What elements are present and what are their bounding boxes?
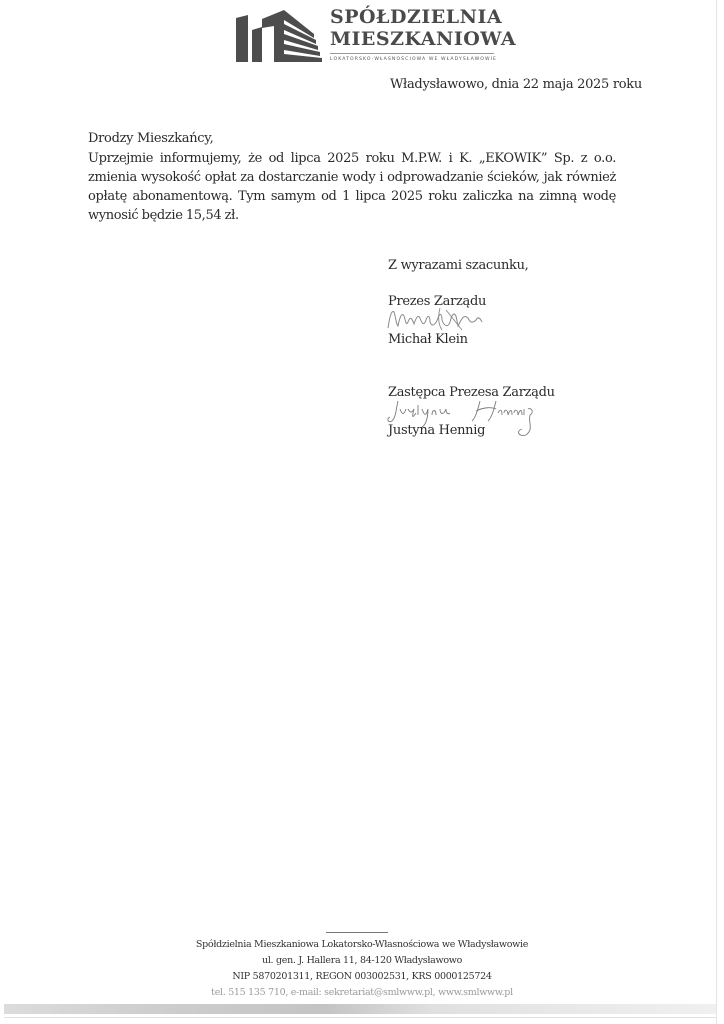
org-name-line1: SPÓŁDZIELNIA [330,6,500,28]
footer-divider [326,932,388,933]
scan-artifact [4,1004,716,1014]
handwritten-signature [388,401,555,423]
footer-org-name: Spółdzielnia Mieszkaniowa Lokatorsko-Wła… [150,937,574,953]
org-subtitle: LOKATORSKO-WŁASNOŚCIOWA WE WŁADYSŁAWOWIE [330,57,500,62]
letter-page: SPÓŁDZIELNIA MIESZKANIOWA LOKATORSKO-WŁA… [0,0,724,1024]
footer-registry: NIP 5870201311, REGON 003002531, KRS 000… [150,969,574,985]
footer-address: ul. gen. J. Hallera 11, 84-120 Władysław… [150,953,574,969]
signature-block-vice-president: Zastępca Prezesa Zarządu Justyna Hennig [388,385,555,439]
scan-edge [716,0,717,1024]
greeting: Drodzy Mieszkańcy, [88,131,213,146]
building-logo-icon [234,6,324,64]
letterhead-title: SPÓŁDZIELNIA MIESZKANIOWA LOKATORSKO-WŁA… [330,6,500,62]
letterhead-divider [330,53,494,54]
date-line: Władysławowo, dnia 22 maja 2025 roku [390,77,642,92]
footer-contact: tel. 515 135 710, e-mail: sekretariat@sm… [150,985,574,1001]
footer: Spółdzielnia Mieszkaniowa Lokatorsko-Wła… [150,937,574,1001]
scan-artifact-line [4,1017,716,1018]
signature-block-president: Prezes Zarządu Michał Klein [388,294,486,348]
closing: Z wyrazami szacunku, [388,258,529,273]
handwritten-signature [388,310,486,332]
letter-body: Uprzejmie informujemy, że od lipca 2025 … [88,149,616,225]
signatory-name: Michał Klein [388,332,486,348]
org-name-line2: MIESZKANIOWA [330,28,500,50]
